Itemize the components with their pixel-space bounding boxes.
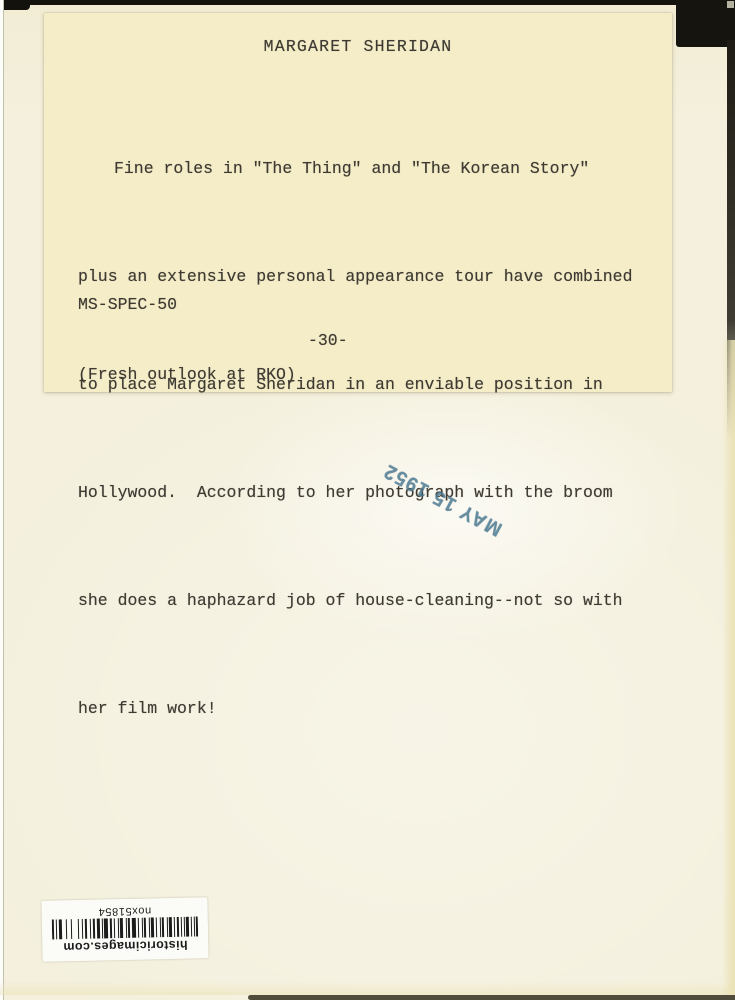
scan-top-edge bbox=[0, 0, 735, 5]
scan-left-edge bbox=[0, 0, 4, 1000]
scan-bottom-edge bbox=[248, 995, 735, 1000]
barcode-label: historicimages.com bbox=[41, 897, 208, 961]
caption-line: Fine roles in "The Thing" and "The Korea… bbox=[78, 151, 656, 187]
caption-title: MARGARET SHERIDAN bbox=[44, 37, 672, 56]
caption-line: Hollywood. According to her photograph w… bbox=[78, 475, 656, 511]
scan-top-left-corner bbox=[0, 0, 30, 10]
caption-sheet: MARGARET SHERIDAN Fine roles in "The Thi… bbox=[44, 13, 672, 392]
caption-line: plus an extensive personal appearance to… bbox=[78, 259, 656, 295]
barcode bbox=[52, 917, 198, 940]
production-slug: MS-SPEC-50 bbox=[78, 295, 177, 314]
barcode-website: historicimages.com bbox=[63, 938, 188, 955]
paper-bottom-shade bbox=[0, 981, 735, 995]
scanner-corner-notch bbox=[727, 1, 734, 8]
caption-body: Fine roles in "The Thing" and "The Korea… bbox=[78, 79, 656, 799]
paper-right-edge-shade bbox=[722, 340, 735, 1000]
end-mark: -30- bbox=[308, 331, 348, 350]
barcode-code: nox51854 bbox=[98, 905, 151, 918]
caption-line: she does a haphazard job of house-cleani… bbox=[78, 583, 656, 619]
caption-line: her film work! bbox=[78, 691, 656, 727]
credit-note: (Fresh outlook at RKO) bbox=[78, 365, 296, 384]
scanned-photo-back: MARGARET SHERIDAN Fine roles in "The Thi… bbox=[0, 0, 735, 1000]
